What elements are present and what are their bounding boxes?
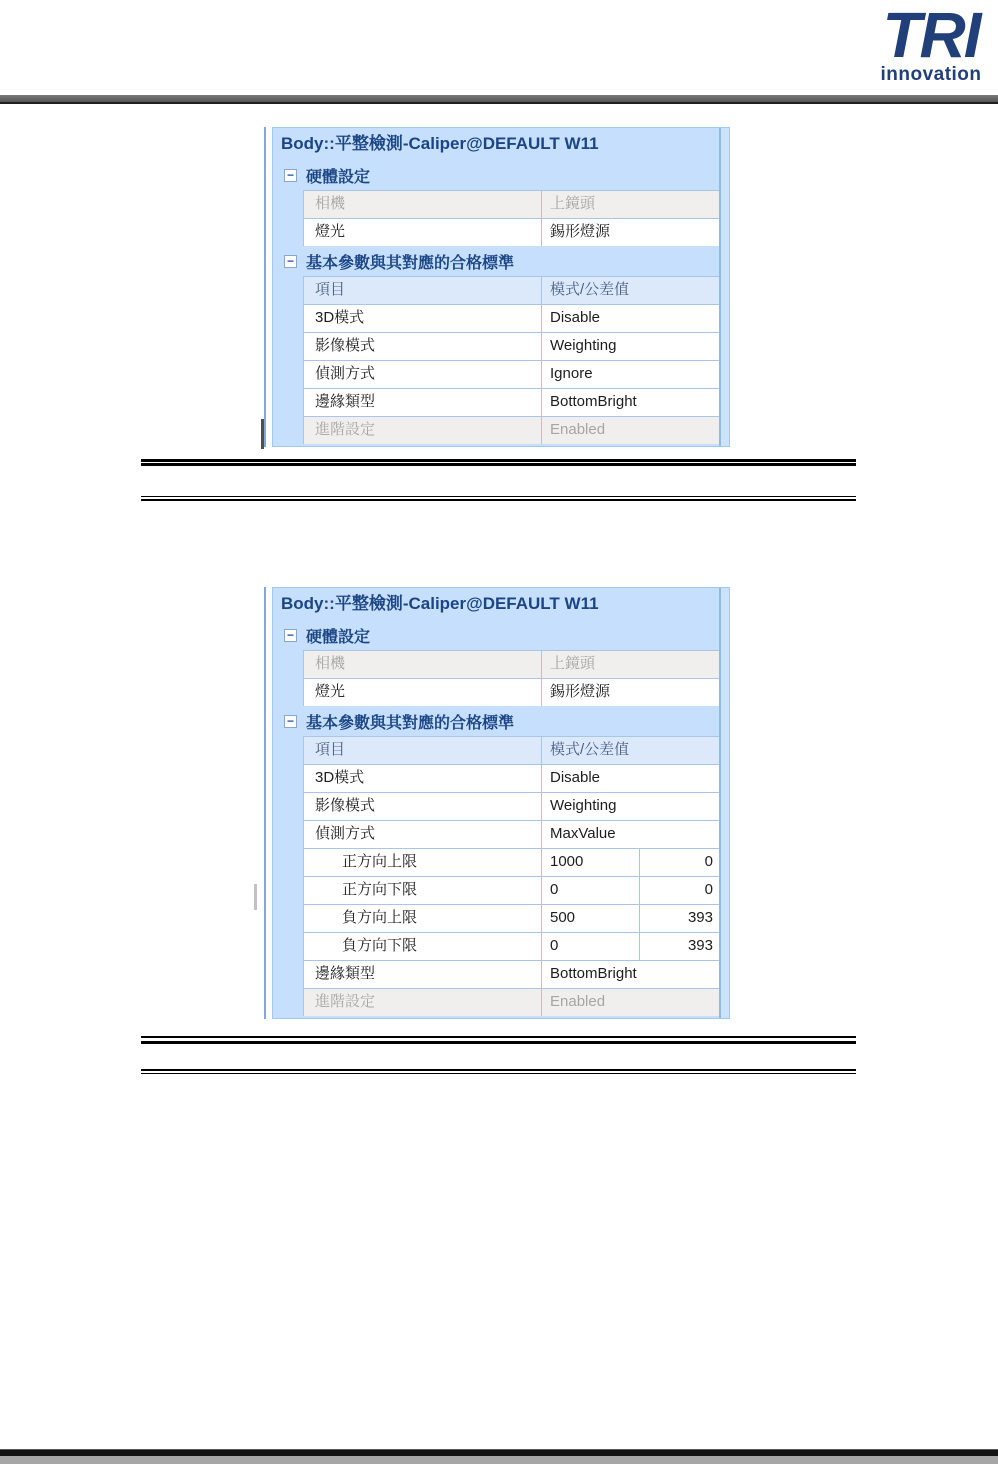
field-value[interactable]: 0 — [542, 933, 640, 960]
row-gutter — [273, 904, 303, 932]
group-label: 基本參數與其對應的合格標準 — [306, 250, 514, 273]
column-header-row: 項目 模式/公差值 — [273, 276, 729, 304]
double-rule — [141, 459, 856, 466]
tri-logo-text: TRI — [872, 2, 990, 68]
field-label: 3D模式 — [304, 305, 542, 332]
field-label: 偵測方式 — [304, 361, 542, 388]
row-pos-upper-limit: 正方向上限 1000 0 — [273, 848, 729, 876]
row-gutter — [273, 932, 303, 960]
row-3d-mode: 3D模式 Disable — [273, 764, 729, 792]
column-header-item: 項目 — [304, 277, 542, 304]
row-gutter — [273, 960, 303, 988]
double-rule — [141, 496, 856, 501]
collapse-minus-icon[interactable]: − — [284, 715, 297, 728]
row-advanced: 進階設定 Enabled — [273, 988, 729, 1016]
row-camera: 相機 上鏡頭 — [273, 650, 729, 678]
panel-left-border — [264, 127, 266, 447]
row-image-mode: 影像模式 Weighting — [273, 332, 729, 360]
row-gutter — [273, 764, 303, 792]
row-light: 燈光 錫形燈源 — [273, 218, 729, 246]
row-gutter — [273, 792, 303, 820]
field-value[interactable]: 錫形燈源 — [542, 219, 721, 246]
column-header-mode: 模式/公差值 — [542, 737, 721, 764]
field-value[interactable]: 500 — [542, 905, 640, 932]
field-label: 影像模式 — [304, 793, 542, 820]
document-page: TRI innovation Body::平整檢測-Caliper@DEFAUL… — [0, 0, 998, 1464]
panel-left-border — [264, 587, 266, 1019]
double-rule — [141, 1069, 856, 1074]
row-detect-mode: 偵測方式 Ignore — [273, 360, 729, 388]
row-gutter — [273, 332, 303, 360]
panel-right-strip — [719, 588, 729, 1018]
row-gutter — [273, 988, 303, 1016]
row-pos-lower-limit: 正方向下限 0 0 — [273, 876, 729, 904]
row-edge-type: 邊緣類型 BottomBright — [273, 960, 729, 988]
row-detect-mode: 偵測方式 MaxValue — [273, 820, 729, 848]
field-label: 邊緣類型 — [304, 961, 542, 988]
field-value[interactable]: 1000 — [542, 849, 640, 876]
collapse-minus-icon[interactable]: − — [284, 629, 297, 642]
field-value-2[interactable]: 393 — [640, 905, 721, 932]
field-label: 燈光 — [304, 679, 542, 706]
group-label: 硬體設定 — [306, 624, 370, 647]
field-value[interactable]: Disable — [542, 305, 721, 332]
row-gutter — [273, 218, 303, 246]
property-grid-panel-2: Body::平整檢測-Caliper@DEFAULT W11 − 硬體設定 相機… — [264, 587, 730, 1019]
collapse-minus-icon[interactable]: − — [284, 255, 297, 268]
row-camera: 相機 上鏡頭 — [273, 190, 729, 218]
field-value: 上鏡頭 — [542, 651, 721, 678]
field-value[interactable]: Ignore — [542, 361, 721, 388]
field-label: 正方向下限 — [304, 877, 542, 904]
header-divider-bar — [0, 95, 998, 104]
row-3d-mode: 3D模式 Disable — [273, 304, 729, 332]
panel-title: Body::平整檢測-Caliper@DEFAULT W11 — [273, 588, 729, 620]
field-label: 負方向上限 — [304, 905, 542, 932]
field-value-2[interactable]: 0 — [640, 877, 721, 904]
field-label: 進階設定 — [304, 417, 542, 444]
property-grid-body: Body::平整檢測-Caliper@DEFAULT W11 − 硬體設定 相機… — [272, 587, 730, 1019]
collapse-minus-icon[interactable]: − — [284, 169, 297, 182]
field-label: 負方向下限 — [304, 933, 542, 960]
field-label: 燈光 — [304, 219, 542, 246]
field-value[interactable]: 0 — [542, 877, 640, 904]
field-value: 上鏡頭 — [542, 191, 721, 218]
group-label: 硬體設定 — [306, 164, 370, 187]
scrollbar-fragment — [261, 419, 264, 449]
group-label: 基本參數與其對應的合格標準 — [306, 710, 514, 733]
field-value[interactable]: BottomBright — [542, 389, 721, 416]
group-row-hardware[interactable]: − 硬體設定 — [273, 160, 729, 190]
row-gutter — [273, 736, 303, 764]
footer-gray-bar — [0, 1456, 998, 1464]
row-gutter — [273, 360, 303, 388]
row-gutter — [273, 820, 303, 848]
field-value[interactable]: MaxValue — [542, 821, 721, 848]
property-grid-panel-1: Body::平整檢測-Caliper@DEFAULT W11 − 硬體設定 相機… — [264, 127, 730, 447]
field-value[interactable]: Weighting — [542, 333, 721, 360]
field-label: 正方向上限 — [304, 849, 542, 876]
field-value-2[interactable]: 393 — [640, 933, 721, 960]
property-grid-body: Body::平整檢測-Caliper@DEFAULT W11 − 硬體設定 相機… — [272, 127, 730, 447]
group-row-params[interactable]: − 基本參數與其對應的合格標準 — [273, 246, 729, 276]
column-header-mode: 模式/公差值 — [542, 277, 721, 304]
panel-right-strip — [719, 128, 729, 446]
tri-logo-tagline: innovation — [872, 64, 990, 86]
field-label: 3D模式 — [304, 765, 542, 792]
tri-logo: TRI innovation — [872, 2, 990, 86]
row-light: 燈光 錫形燈源 — [273, 678, 729, 706]
field-label: 偵測方式 — [304, 821, 542, 848]
field-label: 相機 — [304, 651, 542, 678]
group-row-params[interactable]: − 基本參數與其對應的合格標準 — [273, 706, 729, 736]
row-advanced: 進階設定 Enabled — [273, 416, 729, 444]
field-value[interactable]: Weighting — [542, 793, 721, 820]
scrollbar-fragment — [254, 884, 257, 910]
field-value: Enabled — [542, 417, 721, 444]
row-neg-upper-limit: 負方向上限 500 393 — [273, 904, 729, 932]
row-gutter — [273, 416, 303, 444]
double-rule — [141, 1036, 856, 1044]
field-label: 影像模式 — [304, 333, 542, 360]
column-header-row: 項目 模式/公差值 — [273, 736, 729, 764]
field-value[interactable]: 錫形燈源 — [542, 679, 721, 706]
field-value-2[interactable]: 0 — [640, 849, 721, 876]
row-gutter — [273, 304, 303, 332]
field-value[interactable]: BottomBright — [542, 961, 721, 988]
column-header-item: 項目 — [304, 737, 542, 764]
footer-divider-bar — [0, 1449, 998, 1456]
row-gutter — [273, 388, 303, 416]
row-gutter — [273, 876, 303, 904]
row-gutter — [273, 678, 303, 706]
row-image-mode: 影像模式 Weighting — [273, 792, 729, 820]
row-edge-type: 邊緣類型 BottomBright — [273, 388, 729, 416]
row-neg-lower-limit: 負方向下限 0 393 — [273, 932, 729, 960]
panel-title: Body::平整檢測-Caliper@DEFAULT W11 — [273, 128, 729, 160]
row-gutter — [273, 276, 303, 304]
field-label: 相機 — [304, 191, 542, 218]
field-label: 進階設定 — [304, 989, 542, 1016]
row-gutter — [273, 190, 303, 218]
field-value[interactable]: Disable — [542, 765, 721, 792]
row-gutter — [273, 848, 303, 876]
field-value: Enabled — [542, 989, 721, 1016]
field-label: 邊緣類型 — [304, 389, 542, 416]
group-row-hardware[interactable]: − 硬體設定 — [273, 620, 729, 650]
row-gutter — [273, 650, 303, 678]
